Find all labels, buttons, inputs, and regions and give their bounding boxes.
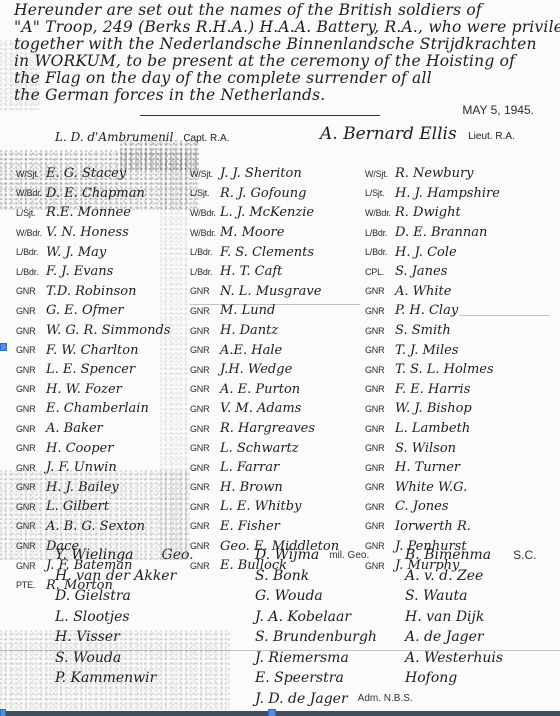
soldier-entry: GNRWhite W.G.	[365, 478, 500, 498]
soldier-entry: W/Sjt.R. Newbury	[365, 164, 500, 184]
soldier-rank: GNR	[365, 482, 391, 492]
dutch-signature: L. Slootjes	[55, 609, 130, 625]
soldier-entry: GNRP. H. Clay	[365, 301, 500, 321]
soldier-entry: GNRA. Baker	[16, 419, 171, 439]
soldier-entry: GNRH. Cooper	[16, 438, 171, 458]
soldier-entry: L/Bdr.F. S. Clements	[190, 242, 339, 262]
dutch-signature: H. van der Akker	[55, 568, 176, 584]
officer-name: A. Bernard Ellis	[320, 124, 457, 144]
soldier-rank: GNR	[16, 463, 42, 473]
soldier-signature: J.H. Wedge	[220, 362, 292, 377]
soldier-entry: GNRA. E. Purton	[190, 380, 339, 400]
soldier-signature: S. Janes	[395, 264, 447, 279]
soldier-signature: L. Farrar	[220, 460, 279, 475]
soldier-signature: M. Lund	[220, 303, 275, 318]
soldier-rank: GNR	[190, 521, 216, 531]
soldier-entry: GNRJ.H. Wedge	[190, 360, 339, 380]
soldier-entry: GNRW. G. R. Simmonds	[16, 321, 171, 341]
soldier-rank: W/Sjt.	[190, 169, 216, 179]
soldier-entry: GNRE. Chamberlain	[16, 399, 171, 419]
soldier-entry: GNRV. M. Adams	[190, 399, 339, 419]
soldier-signature: A. E. Purton	[220, 382, 300, 397]
dutch-signature-entry: A. v. d. Zee	[405, 566, 537, 587]
dutch-signatures-column-3: B. BimenmaS.C.A. v. d. ZeeS. WautaH. van…	[405, 545, 537, 689]
dutch-signature: S. Bonk	[255, 568, 309, 584]
soldier-entry: L/Bdr.W. J. May	[16, 242, 171, 262]
soldier-entry: L/Sjt.H. J. Hampshire	[365, 184, 500, 204]
soldier-entry: W/Bdr.V. N. Honess	[16, 223, 171, 243]
dutch-signature: A. de Jager	[405, 629, 484, 645]
soldier-entry: L/Bdr.F. J. Evans	[16, 262, 171, 282]
soldier-signature: N. L. Musgrave	[220, 284, 321, 299]
dutch-signature: S. Wauta	[405, 588, 468, 604]
dutch-signature: D. Wijma	[255, 547, 319, 563]
resize-handle-left[interactable]	[0, 343, 7, 351]
soldier-rank: L/Bdr.	[16, 267, 42, 277]
soldier-signature: F. J. Evans	[46, 264, 113, 279]
soldier-rank: GNR	[190, 502, 216, 512]
soldier-rank: GNR	[190, 365, 216, 375]
soldier-signature: H. Cooper	[46, 441, 113, 456]
soldier-signature: R. Dwight	[395, 205, 461, 220]
soldier-signature: L. Gilbert	[46, 499, 109, 514]
soldier-entry: W/Bdr.D. E. Chapman	[16, 184, 171, 204]
dutch-signature-entry: E. Speerstra	[255, 668, 413, 689]
soldier-entry: GNRIorwerth R.	[365, 517, 500, 537]
dutch-signature: B. Bimenma	[405, 547, 491, 563]
soldier-entry: GNRH. Brown	[190, 478, 339, 498]
soldier-rank: CPL.	[365, 267, 391, 277]
soldier-rank: GNR	[16, 561, 42, 571]
soldier-rank: GNR	[16, 404, 42, 414]
soldier-signature: H. J. Cole	[395, 245, 457, 260]
soldier-rank: W/Bdr.	[365, 208, 391, 218]
soldier-signature: H. W. Fozer	[46, 382, 122, 397]
soldier-signature: R.E. Monnee	[46, 205, 131, 220]
soldier-rank: GNR	[365, 463, 391, 473]
soldier-signature: G. E. Ofmer	[46, 303, 124, 318]
soldier-entry: GNRT. S. L. Holmes	[365, 360, 500, 380]
soldier-entry: GNRH. J. Bailey	[16, 478, 171, 498]
soldier-rank: GNR	[190, 463, 216, 473]
ruled-line	[190, 304, 360, 305]
soldier-rank: L/Bdr.	[190, 247, 216, 257]
soldier-rank: GNR	[190, 541, 216, 551]
soldier-entry: L/Bdr.H. T. Caft	[190, 262, 339, 282]
soldier-rank: W/Bdr.	[16, 188, 42, 198]
soldier-rank: GNR	[16, 365, 42, 375]
document-date: MAY 5, 1945.	[462, 103, 534, 117]
soldier-signature: F. S. Clements	[220, 245, 314, 260]
soldier-rank: GNR	[16, 384, 42, 394]
dutch-signature: A. v. d. Zee	[405, 568, 483, 584]
soldier-signature: Iorwerth R.	[395, 519, 471, 534]
soldier-rank: L/Bdr.	[365, 247, 391, 257]
soldier-entry: GNRL. Schwartz	[190, 438, 339, 458]
soldier-rank: GNR	[16, 482, 42, 492]
soldier-signature: T.D. Robinson	[46, 284, 136, 299]
soldier-signature: L. J. McKenzie	[220, 205, 314, 220]
officer-signature: L. D. d'Ambrumenil Capt. R.A.	[55, 130, 229, 144]
soldier-signature: P. H. Clay	[395, 303, 458, 318]
soldier-signature: W. J. Bishop	[395, 401, 472, 416]
signature-note: mil. Geo.	[329, 550, 369, 561]
soldier-signature: E. G. Stacey	[46, 166, 126, 181]
soldier-rank: W/Bdr.	[190, 208, 216, 218]
soldier-signature: R. Newbury	[395, 166, 474, 181]
soldier-signature: A. Baker	[46, 421, 103, 436]
header-line: together with the Nederlandsche Binnenla…	[14, 36, 544, 53]
soldiers-column-1: W/Sjt.E. G. StaceyW/Bdr.D. E. ChapmanL/S…	[16, 164, 171, 595]
soldier-signature: R. Hargreaves	[220, 421, 315, 436]
soldier-entry: GNRR. Hargreaves	[190, 419, 339, 439]
soldier-entry: GNRL. E. Spencer	[16, 360, 171, 380]
soldier-signature: W. G. R. Simmonds	[46, 323, 171, 338]
soldier-signature: T. S. L. Holmes	[395, 362, 494, 377]
soldier-rank: GNR	[190, 326, 216, 336]
dutch-signature: P. Kammenwir	[55, 670, 156, 686]
soldier-rank: W/Sjt.	[365, 169, 391, 179]
ruled-line	[460, 315, 550, 316]
dutch-signatures-column-1: Y. WielingaGeo.H. van der AkkerD. Gielst…	[55, 545, 194, 689]
soldier-rank: GNR	[16, 326, 42, 336]
dutch-signature-entry: Y. WielingaGeo.	[55, 545, 194, 566]
dutch-signature: S. Brundenburgh	[255, 629, 377, 645]
dutch-signature: D. Gielstra	[55, 588, 131, 604]
soldier-signature: H. Brown	[220, 480, 283, 495]
soldier-signature: E. Chamberlain	[46, 401, 149, 416]
soldier-signature: L. Lambeth	[395, 421, 470, 436]
soldier-rank: GNR	[365, 502, 391, 512]
soldiers-column-3: W/Sjt.R. NewburyL/Sjt.H. J. HampshireW/B…	[365, 164, 500, 575]
soldier-rank: L/Sjt.	[16, 208, 42, 218]
officers-signatures: L. D. d'Ambrumenil Capt. R.A. A. Bernard…	[55, 124, 535, 146]
soldier-signature: J. J. Sheriton	[220, 166, 302, 181]
soldier-rank: L/Bdr.	[190, 267, 216, 277]
officer-rank: Capt. R.A.	[183, 133, 229, 144]
signature-note: Geo.	[162, 547, 194, 563]
soldier-rank: W/Bdr.	[190, 228, 216, 238]
officer-name: L. D. d'Ambrumenil	[55, 130, 173, 144]
dutch-signature-entry: P. Kammenwir	[55, 668, 194, 689]
soldier-signature: S. Wilson	[395, 441, 456, 456]
dutch-signature-entry: H. Visser	[55, 627, 194, 648]
header-line: the Flag on the day of the complete surr…	[14, 70, 544, 87]
soldier-entry: GNRJ. F. Unwin	[16, 458, 171, 478]
soldier-rank: GNR	[190, 424, 216, 434]
soldier-entry: GNRE. Fisher	[190, 517, 339, 537]
soldier-entry: W/Bdr.M. Moore	[190, 223, 339, 243]
dutch-signature-entry: Hofong	[405, 668, 537, 689]
soldier-signature: E. Fisher	[220, 519, 280, 534]
soldier-entry: GNRA.E. Hale	[190, 340, 339, 360]
soldier-rank: PTE.	[16, 580, 42, 590]
soldier-entry: GNRA. B. G. Sexton	[16, 517, 171, 537]
soldier-entry: GNRG. E. Ofmer	[16, 301, 171, 321]
document-header: Hereunder are set out the names of the B…	[14, 2, 544, 104]
soldier-rank: GNR	[16, 424, 42, 434]
soldier-rank: GNR	[16, 286, 42, 296]
dutch-signature-entry: S. Wauta	[405, 586, 537, 607]
dutch-signature-entry: J. Riemersma	[255, 648, 413, 669]
soldier-signature: H. Dantz	[220, 323, 278, 338]
header-line: in WORKUM, to be present at the ceremony…	[14, 53, 544, 70]
soldier-rank: GNR	[365, 443, 391, 453]
dutch-signature: Hofong	[405, 670, 457, 686]
soldier-entry: GNRH. Turner	[365, 458, 500, 478]
dutch-signature-entry: B. BimenmaS.C.	[405, 545, 537, 566]
soldier-rank: GNR	[365, 384, 391, 394]
officer-signature: A. Bernard Ellis Lieut. R.A.	[320, 124, 515, 144]
soldier-rank: GNR	[365, 286, 391, 296]
resize-handle-bottom[interactable]	[268, 709, 276, 716]
soldier-rank: GNR	[190, 286, 216, 296]
header-line: Hereunder are set out the names of the B…	[14, 2, 544, 19]
soldier-signature: H. J. Hampshire	[395, 186, 500, 201]
soldier-signature: L. Schwartz	[220, 441, 299, 456]
dutch-signature-entry: J. D. de JagerAdm. N.B.S.	[255, 689, 413, 710]
soldier-entry: GNRS. Smith	[365, 321, 500, 341]
soldier-entry: GNRT.D. Robinson	[16, 282, 171, 302]
soldier-rank: GNR	[190, 561, 216, 571]
soldier-signature: S. Smith	[395, 323, 451, 338]
soldier-signature: H. J. Bailey	[46, 480, 119, 495]
soldier-signature: D. E. Chapman	[46, 186, 145, 201]
dutch-signature-entry: A. Westerhuis	[405, 648, 537, 669]
soldier-signature: C. Jones	[395, 499, 449, 514]
soldier-signature: L. E. Whitby	[220, 499, 301, 514]
dutch-signature: G. Wouda	[255, 588, 323, 604]
dutch-signature-entry: H. van Dijk	[405, 607, 537, 628]
soldier-entry: GNRS. Wilson	[365, 438, 500, 458]
dutch-signature: E. Speerstra	[255, 670, 344, 686]
soldier-rank: GNR	[16, 521, 42, 531]
soldier-rank: GNR	[365, 424, 391, 434]
soldier-entry: GNRT. J. Miles	[365, 340, 500, 360]
soldier-rank: GNR	[365, 326, 391, 336]
soldier-entry: GNRL. Gilbert	[16, 497, 171, 517]
soldier-rank: GNR	[16, 502, 42, 512]
dutch-signature: H. Visser	[55, 629, 120, 645]
soldier-rank: GNR	[365, 345, 391, 355]
soldier-signature: M. Moore	[220, 225, 284, 240]
dutch-signature: H. van Dijk	[405, 609, 484, 625]
soldier-entry: GNRW. J. Bishop	[365, 399, 500, 419]
soldier-signature: F. E. Harris	[395, 382, 470, 397]
soldier-rank: W/Bdr.	[16, 228, 42, 238]
soldiers-column-2: W/Sjt.J. J. SheritonL/Sjt.R. J. GofoungW…	[190, 164, 339, 575]
dutch-signature-entry: J. A. Kobelaar	[255, 607, 413, 628]
soldier-entry: GNRF. E. Harris	[365, 380, 500, 400]
dutch-signature-entry: S. Brundenburgh	[255, 627, 413, 648]
soldier-entry: GNRH. Dantz	[190, 321, 339, 341]
soldier-rank: GNR	[190, 384, 216, 394]
viewer-frame-border	[0, 711, 560, 716]
soldier-rank: L/Bdr.	[16, 247, 42, 257]
soldier-rank: L/Sjt.	[190, 188, 216, 198]
soldier-entry: GNRN. L. Musgrave	[190, 282, 339, 302]
soldier-rank: W/Sjt.	[16, 169, 42, 179]
resize-handle-corner[interactable]	[0, 709, 6, 716]
soldier-signature: V. N. Honess	[46, 225, 129, 240]
soldier-entry: GNRL. Lambeth	[365, 419, 500, 439]
soldier-signature: H. T. Caft	[220, 264, 282, 279]
dutch-signature-entry: L. Slootjes	[55, 607, 194, 628]
dutch-signature-entry: G. Wouda	[255, 586, 413, 607]
soldier-rank: GNR	[16, 541, 42, 551]
soldier-entry: CPL.S. Janes	[365, 262, 500, 282]
soldier-signature: A. White	[395, 284, 451, 299]
soldier-signature: H. Turner	[395, 460, 460, 475]
soldier-entry: L/Sjt.R.E. Monnee	[16, 203, 171, 223]
dutch-signature-entry: S. Bonk	[255, 566, 413, 587]
soldier-entry: W/Bdr.R. Dwight	[365, 203, 500, 223]
soldier-rank: GNR	[16, 345, 42, 355]
soldier-entry: GNRH. W. Fozer	[16, 380, 171, 400]
soldier-entry: W/Bdr.L. J. McKenzie	[190, 203, 339, 223]
scanned-document: Hereunder are set out the names of the B…	[0, 0, 560, 711]
soldier-entry: W/Sjt.J. J. Sheriton	[190, 164, 339, 184]
soldier-entry: GNRA. White	[365, 282, 500, 302]
soldier-signature: J. F. Unwin	[46, 460, 117, 475]
signature-note: Adm. N.B.S.	[358, 693, 413, 704]
dutch-signature: Y. Wielinga	[55, 547, 134, 563]
header-line: the German forces in the Netherlands.	[14, 87, 544, 104]
soldier-rank: GNR	[365, 521, 391, 531]
dutch-signatures-column-2: D. Wijmamil. Geo.S. BonkG. WoudaJ. A. Ko…	[255, 545, 413, 709]
dutch-signature-entry: S. Wouda	[55, 648, 194, 669]
soldier-rank: GNR	[190, 306, 216, 316]
soldier-entry: GNRF. W. Charlton	[16, 340, 171, 360]
soldier-signature: A.E. Hale	[220, 343, 282, 358]
soldier-rank: L/Bdr.	[365, 228, 391, 238]
soldier-signature: R. J. Gofoung	[220, 186, 306, 201]
soldier-rank: GNR	[365, 404, 391, 414]
soldier-signature: V. M. Adams	[220, 401, 301, 416]
soldier-rank: GNR	[365, 365, 391, 375]
soldier-entry: L/Bdr.D. E. Brannan	[365, 223, 500, 243]
soldier-rank: GNR	[190, 345, 216, 355]
soldier-entry: GNRC. Jones	[365, 497, 500, 517]
header-line: "A" Troop, 249 (Berks R.H.A.) H.A.A. Bat…	[14, 19, 544, 36]
soldier-rank: L/Sjt.	[365, 188, 391, 198]
soldier-rank: GNR	[365, 306, 391, 316]
dutch-signature: A. Westerhuis	[405, 650, 503, 666]
soldier-rank: GNR	[16, 306, 42, 316]
soldier-entry: L/Bdr.H. J. Cole	[365, 242, 500, 262]
soldier-signature: D. E. Brannan	[395, 225, 487, 240]
soldier-signature: F. W. Charlton	[46, 343, 138, 358]
soldier-signature: A. B. G. Sexton	[46, 519, 145, 534]
dutch-signature: J. A. Kobelaar	[255, 609, 351, 625]
dutch-signature: J. D. de Jager	[255, 691, 348, 707]
soldier-rank: GNR	[190, 482, 216, 492]
dutch-signature: S. Wouda	[55, 650, 121, 666]
dutch-signature-entry: H. van der Akker	[55, 566, 194, 587]
officer-rank: Lieut. R.A.	[468, 131, 515, 142]
soldier-entry: GNRL. Farrar	[190, 458, 339, 478]
dutch-signature: J. Riemersma	[255, 650, 349, 666]
soldier-rank: GNR	[190, 404, 216, 414]
soldier-entry: W/Sjt.E. G. Stacey	[16, 164, 171, 184]
soldier-signature: White W.G.	[395, 480, 467, 495]
soldier-rank: GNR	[190, 443, 216, 453]
soldier-signature: W. J. May	[46, 245, 106, 260]
soldier-entry: L/Sjt.R. J. Gofoung	[190, 184, 339, 204]
soldier-signature: T. J. Miles	[395, 343, 458, 358]
dutch-signature-entry: D. Gielstra	[55, 586, 194, 607]
soldier-signature: L. E. Spencer	[46, 362, 135, 377]
soldier-entry: GNRL. E. Whitby	[190, 497, 339, 517]
dutch-signature-entry: D. Wijmamil. Geo.	[255, 545, 413, 566]
soldier-rank: GNR	[16, 443, 42, 453]
header-underline	[140, 115, 380, 116]
dutch-signature-entry: A. de Jager	[405, 627, 537, 648]
signature-note: S.C.	[513, 548, 536, 562]
